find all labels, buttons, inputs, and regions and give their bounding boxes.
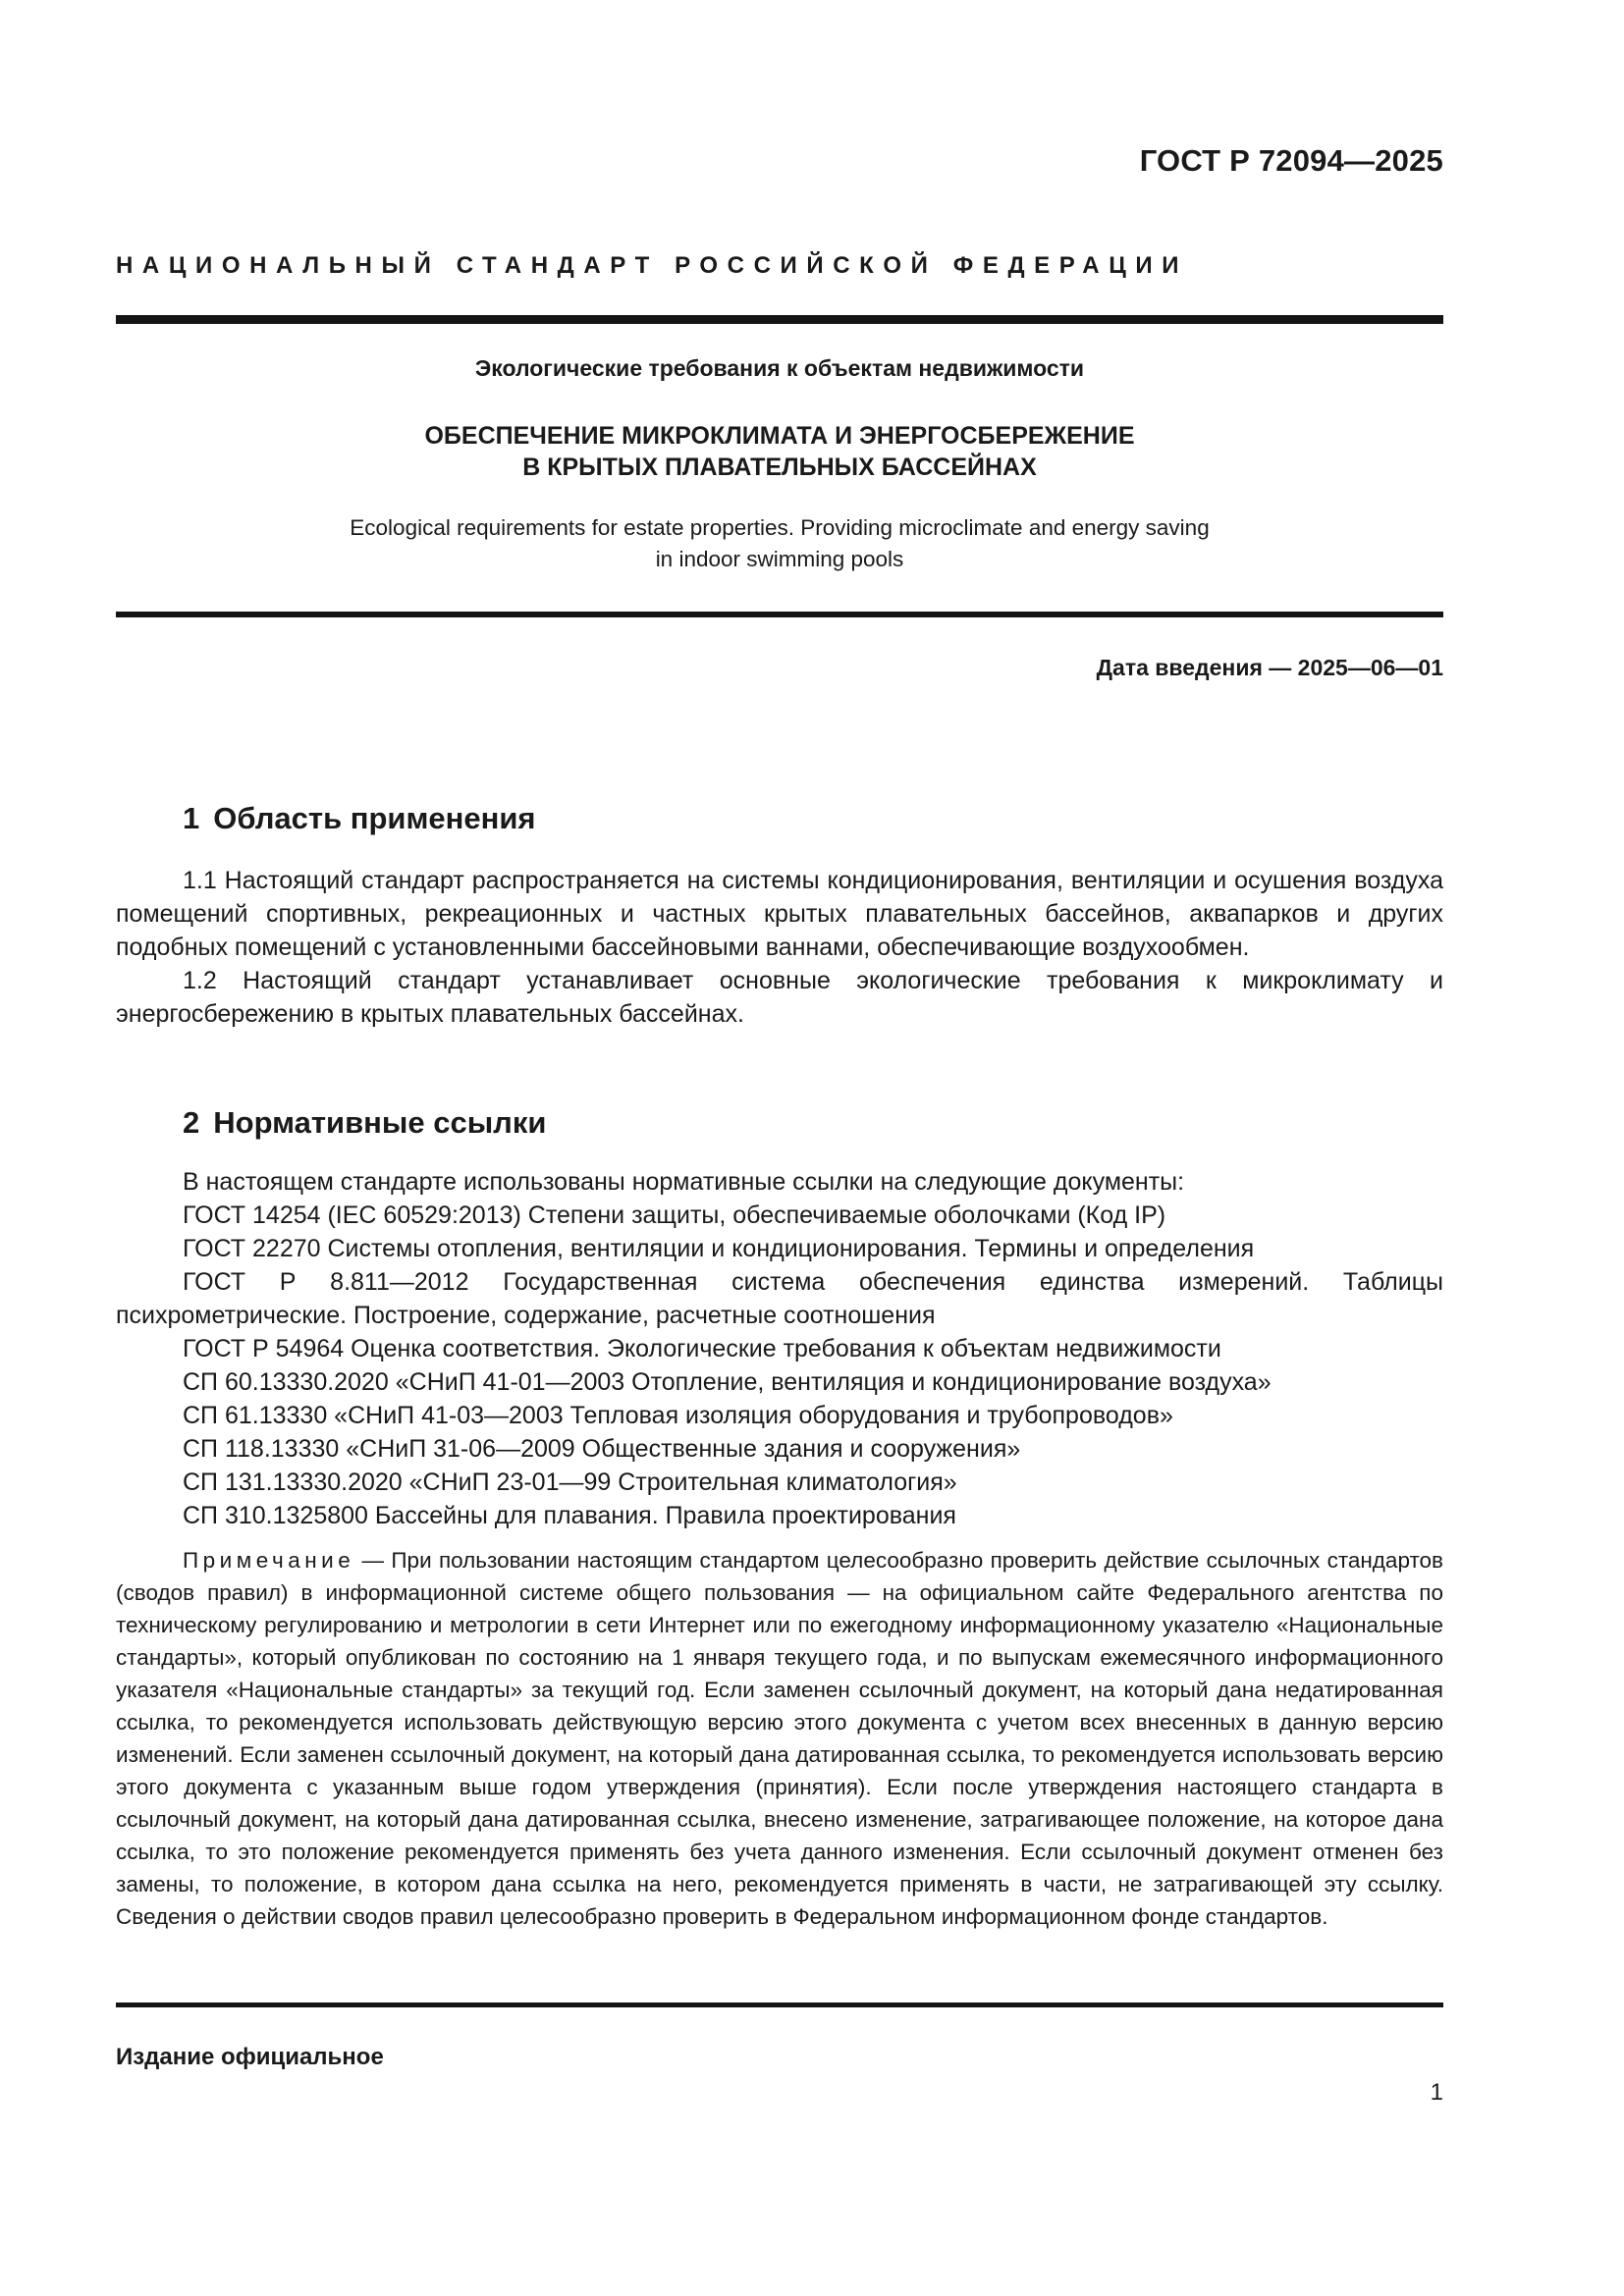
title-en-line-1: Ecological requirements for estate prope… [116, 512, 1443, 544]
note-text: — При пользовании настоящим стандартом ц… [116, 1548, 1443, 1929]
paragraph-1-1: 1.1 Настоящий стандарт распространяется … [116, 864, 1443, 964]
document-subject: Экологические требования к объектам недв… [116, 355, 1443, 382]
divider-top [116, 315, 1443, 324]
paragraph-1-2: 1.2 Настоящий стандарт устанавливает осн… [116, 964, 1443, 1031]
reference-item: ГОСТ 22270 Системы отопления, вентиляции… [116, 1232, 1443, 1265]
section-heading-references: 2Нормативные ссылки [183, 1105, 546, 1141]
document-code: ГОСТ Р 72094—2025 [1140, 143, 1443, 179]
section-heading-scope: 1Область применения [183, 801, 536, 836]
reference-item: ГОСТ 14254 (IEC 60529:2013) Степени защи… [116, 1199, 1443, 1232]
introduction-date: Дата введения — 2025—06—01 [1097, 655, 1443, 681]
document-title: ОБЕСПЕЧЕНИЕ МИКРОКЛИМАТА И ЭНЕРГОСБЕРЕЖЕ… [116, 420, 1443, 483]
divider-title [116, 612, 1443, 617]
section-scope-body: 1.1 Настоящий стандарт распространяется … [116, 864, 1443, 1031]
references-note: Примечание — При пользовании настоящим с… [116, 1544, 1443, 1933]
references-intro: В настоящем стандарте использованы норма… [116, 1165, 1443, 1199]
section-references-body: В настоящем стандарте использованы норма… [116, 1165, 1443, 1532]
section-number: 2 [183, 1105, 199, 1140]
document-title-english: Ecological requirements for estate prope… [116, 512, 1443, 575]
reference-item: СП 60.13330.2020 «СНиП 41-01—2003 Отопле… [116, 1365, 1443, 1399]
title-line-2: В КРЫТЫХ ПЛАВАТЕЛЬНЫХ БАССЕЙНАХ [116, 452, 1443, 483]
reference-item: СП 310.1325800 Бассейны для плавания. Пр… [116, 1499, 1443, 1532]
divider-footer [116, 2002, 1443, 2007]
section-number: 1 [183, 801, 199, 835]
reference-item: СП 131.13330.2020 «СНиП 23-01—99 Строите… [116, 1466, 1443, 1499]
reference-item: СП 118.13330 «СНиП 31-06—2009 Общественн… [116, 1432, 1443, 1466]
reference-item: ГОСТ Р 8.811—2012 Государственная систем… [116, 1265, 1443, 1332]
page-number: 1 [1431, 2079, 1443, 2107]
official-edition-label: Издание официальное [116, 2044, 384, 2071]
title-en-line-2: in indoor swimming pools [116, 544, 1443, 575]
note-label: Примечание [183, 1548, 354, 1573]
title-line-1: ОБЕСПЕЧЕНИЕ МИКРОКЛИМАТА И ЭНЕРГОСБЕРЕЖЕ… [116, 420, 1443, 452]
reference-item: ГОСТ Р 54964 Оценка соответствия. Эколог… [116, 1332, 1443, 1365]
section-title: Область применения [213, 801, 535, 835]
national-standard-banner: НАЦИОНАЛЬНЫЙ СТАНДАРТ РОССИЙСКОЙ ФЕДЕРАЦ… [116, 252, 1443, 280]
section-title: Нормативные ссылки [213, 1105, 546, 1140]
note-paragraph: Примечание — При пользовании настоящим с… [116, 1544, 1443, 1933]
reference-item: СП 61.13330 «СНиП 41-03—2003 Тепловая из… [116, 1399, 1443, 1432]
